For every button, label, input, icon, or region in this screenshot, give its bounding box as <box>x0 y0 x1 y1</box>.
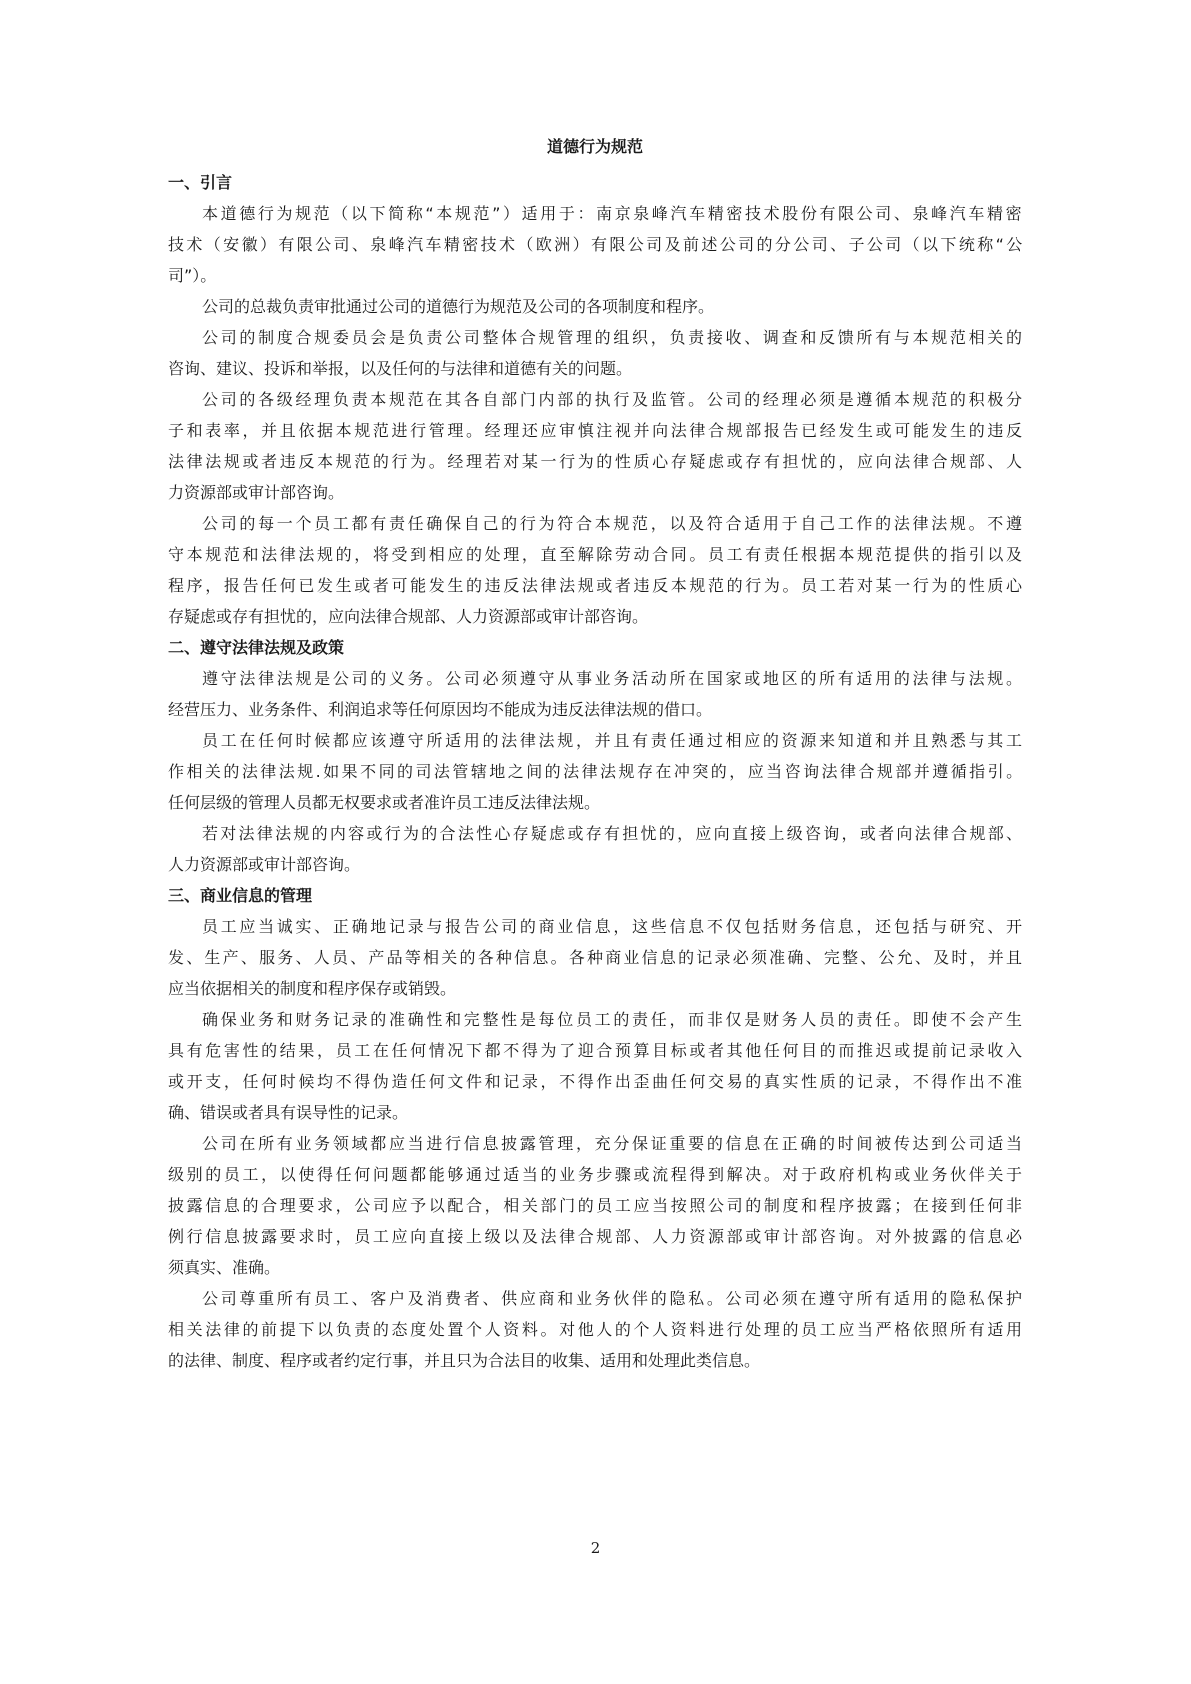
paragraph: 公司的总裁负责审批通过公司的道德行为规范及公司的各项制度和程序。 <box>168 291 1022 322</box>
text-line: 若对法律法规的内容或行为的合法性心存疑虑或存有担忧的，应向直接上级咨询，或者向法… <box>168 818 1022 849</box>
text-line: 应当依据相关的制度和程序保存或销毁。 <box>168 973 1022 1004</box>
paragraph: 确保业务和财务记录的准确性和完整性是每位员工的责任，而非仅是财务人员的责任。即使… <box>168 1004 1022 1128</box>
paragraph: 员工在任何时候都应该遵守所适用的法律法规，并且有责任通过相应的资源来知道和并且熟… <box>168 725 1022 818</box>
text-line: 技术（安徽）有限公司、泉峰汽车精密技术（欧洲）有限公司及前述公司的分公司、子公司… <box>168 229 1022 260</box>
section-1: 一、引言本道德行为规范（以下简称“本规范”）适用于：南京泉峰汽车精密技术股份有限… <box>168 167 1022 632</box>
text-line: 程序，报告任何已发生或者可能发生的违反法律法规或者违反本规范的行为。员工若对某一… <box>168 570 1022 601</box>
text-line: 公司尊重所有员工、客户及消费者、供应商和业务伙伴的隐私。公司必须在遵守所有适用的… <box>168 1283 1022 1314</box>
text-line: 子和表率，并且依据本规范进行管理。经理还应审慎注视并向法律合规部报告已经发生或可… <box>168 415 1022 446</box>
paragraph: 公司的制度合规委员会是负责公司整体合规管理的组织，负责接收、调查和反馈所有与本规… <box>168 322 1022 384</box>
paragraph: 遵守法律法规是公司的义务。公司必须遵守从事业务活动所在国家或地区的所有适用的法律… <box>168 663 1022 725</box>
text-line: 司”）。 <box>168 260 1022 291</box>
text-line: 力资源部或审计部咨询。 <box>168 477 1022 508</box>
section-heading: 三、商业信息的管理 <box>168 880 1022 911</box>
text-line: 公司的各级经理负责本规范在其各自部门内部的执行及监管。公司的经理必须是遵循本规范… <box>168 384 1022 415</box>
text-line: 员工应当诚实、正确地记录与报告公司的商业信息，这些信息不仅包括财务信息，还包括与… <box>168 911 1022 942</box>
text-line: 相关法律的前提下以负责的态度处置个人资料。对他人的个人资料进行处理的员工应当严格… <box>168 1314 1022 1345</box>
text-line: 公司的总裁负责审批通过公司的道德行为规范及公司的各项制度和程序。 <box>168 291 1022 322</box>
text-line: 作相关的法律法规.如果不同的司法管辖地之间的法律法规存在冲突的，应当咨询法律合规… <box>168 756 1022 787</box>
paragraph: 公司在所有业务领域都应当进行信息披露管理，充分保证重要的信息在正确的时间被传达到… <box>168 1128 1022 1283</box>
text-line: 存疑虑或存有担忧的，应向法律合规部、人力资源部或审计部咨询。 <box>168 601 1022 632</box>
document-body: 道德行为规范 一、引言本道德行为规范（以下简称“本规范”）适用于：南京泉峰汽车精… <box>168 133 1022 1376</box>
paragraph: 本道德行为规范（以下简称“本规范”）适用于：南京泉峰汽车精密技术股份有限公司、泉… <box>168 198 1022 291</box>
paragraph: 员工应当诚实、正确地记录与报告公司的商业信息，这些信息不仅包括财务信息，还包括与… <box>168 911 1022 1004</box>
section-heading: 一、引言 <box>168 167 1022 198</box>
paragraph: 公司尊重所有员工、客户及消费者、供应商和业务伙伴的隐私。公司必须在遵守所有适用的… <box>168 1283 1022 1376</box>
page-number: 2 <box>0 1536 1191 1560</box>
text-line: 披露信息的合理要求，公司应予以配合，相关部门的员工应当按照公司的制度和程序披露；… <box>168 1190 1022 1221</box>
text-line: 守本规范和法律法规的，将受到相应的处理，直至解除劳动合同。员工有责任根据本规范提… <box>168 539 1022 570</box>
text-line: 经营压力、业务条件、利润追求等任何原因均不能成为违反法律法规的借口。 <box>168 694 1022 725</box>
section-2: 二、遵守法律法规及政策遵守法律法规是公司的义务。公司必须遵守从事业务活动所在国家… <box>168 632 1022 880</box>
text-line: 的法律、制度、程序或者约定行事，并且只为合法目的收集、适用和处理此类信息。 <box>168 1345 1022 1376</box>
paragraph: 若对法律法规的内容或行为的合法性心存疑虑或存有担忧的，应向直接上级咨询，或者向法… <box>168 818 1022 880</box>
text-line: 具有危害性的结果，员工在任何情况下都不得为了迎合预算目标或者其他任何目的而推迟或… <box>168 1035 1022 1066</box>
text-line: 员工在任何时候都应该遵守所适用的法律法规，并且有责任通过相应的资源来知道和并且熟… <box>168 725 1022 756</box>
section-3: 三、商业信息的管理员工应当诚实、正确地记录与报告公司的商业信息，这些信息不仅包括… <box>168 880 1022 1376</box>
text-line: 确保业务和财务记录的准确性和完整性是每位员工的责任，而非仅是财务人员的责任。即使… <box>168 1004 1022 1035</box>
document-page: 道德行为规范 一、引言本道德行为规范（以下简称“本规范”）适用于：南京泉峰汽车精… <box>0 0 1191 1684</box>
paragraph: 公司的每一个员工都有责任确保自己的行为符合本规范，以及符合适用于自己工作的法律法… <box>168 508 1022 632</box>
text-line: 人力资源部或审计部咨询。 <box>168 849 1022 880</box>
document-title: 道德行为规范 <box>168 133 1022 167</box>
text-line: 或开支，任何时候均不得伪造任何文件和记录，不得作出歪曲任何交易的真实性质的记录，… <box>168 1066 1022 1097</box>
text-line: 遵守法律法规是公司的义务。公司必须遵守从事业务活动所在国家或地区的所有适用的法律… <box>168 663 1022 694</box>
text-line: 级别的员工，以使得任何问题都能够通过适当的业务步骤或流程得到解决。对于政府机构或… <box>168 1159 1022 1190</box>
section-heading: 二、遵守法律法规及政策 <box>168 632 1022 663</box>
text-line: 公司的制度合规委员会是负责公司整体合规管理的组织，负责接收、调查和反馈所有与本规… <box>168 322 1022 353</box>
text-line: 法律法规或者违反本规范的行为。经理若对某一行为的性质心存疑虑或存有担忧的，应向法… <box>168 446 1022 477</box>
text-line: 确、错误或者具有误导性的记录。 <box>168 1097 1022 1128</box>
text-line: 例行信息披露要求时，员工应向直接上级以及法律合规部、人力资源部或审计部咨询。对外… <box>168 1221 1022 1252</box>
sections-container: 一、引言本道德行为规范（以下简称“本规范”）适用于：南京泉峰汽车精密技术股份有限… <box>168 167 1022 1376</box>
text-line: 公司的每一个员工都有责任确保自己的行为符合本规范，以及符合适用于自己工作的法律法… <box>168 508 1022 539</box>
text-line: 任何层级的管理人员都无权要求或者准许员工违反法律法规。 <box>168 787 1022 818</box>
text-line: 发、生产、服务、人员、产品等相关的各种信息。各种商业信息的记录必须准确、完整、公… <box>168 942 1022 973</box>
paragraph: 公司的各级经理负责本规范在其各自部门内部的执行及监管。公司的经理必须是遵循本规范… <box>168 384 1022 508</box>
text-line: 咨询、建议、投诉和举报，以及任何的与法律和道德有关的问题。 <box>168 353 1022 384</box>
text-line: 公司在所有业务领域都应当进行信息披露管理，充分保证重要的信息在正确的时间被传达到… <box>168 1128 1022 1159</box>
text-line: 本道德行为规范（以下简称“本规范”）适用于：南京泉峰汽车精密技术股份有限公司、泉… <box>168 198 1022 229</box>
text-line: 须真实、准确。 <box>168 1252 1022 1283</box>
